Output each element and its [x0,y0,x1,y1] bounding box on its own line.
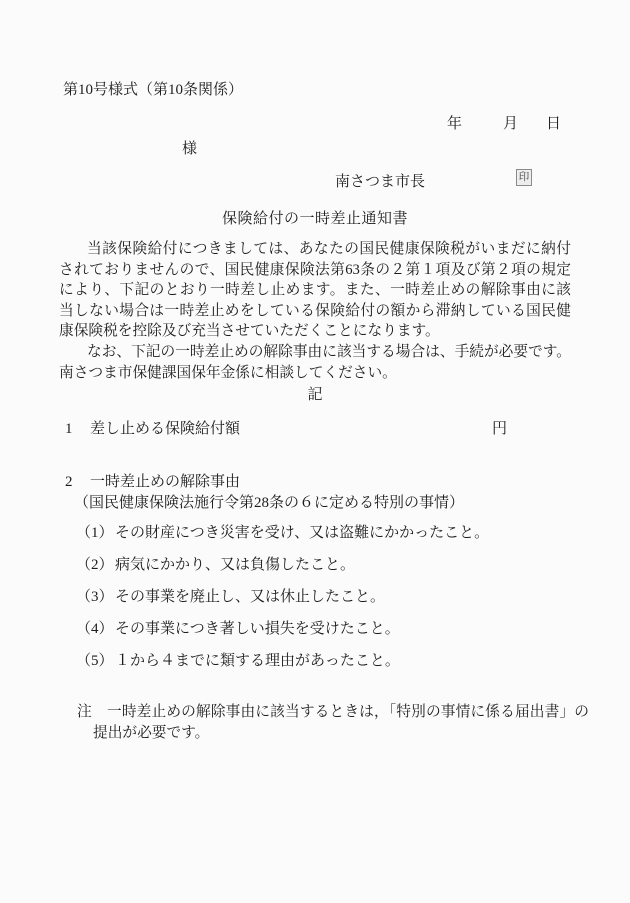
date-month-label: 月 [503,112,518,133]
item2-label: 一時差止めの解除事由 [90,472,240,492]
reason-3-text: その事業を廃止し、又は休止したこと。 [115,589,385,605]
footnote: 注一時差止めの解除事由に該当するときは，「特別の事情に係る届出書」の提出が必要で… [77,702,589,744]
sender-line: 南さつま市長 印 [335,170,531,188]
reason-item: （4）その事業につき著しい損失を受けたこと。 [76,619,576,639]
item2-sublabel: （国民健康保険法施行令第28条の６に定める特別の事情） [74,493,570,513]
reason-2-text: 病気にかかり、又は負傷したこと。 [115,557,355,573]
document-title: 保険給付の一時差止通知書 [0,207,630,228]
reason-4-text: その事業につき著しい損失を受けたこと。 [115,621,400,637]
reason-item: （5）１から４までに類する理由があったこと。 [76,651,576,671]
body-paragraph-1: 当該保険給付につきましては、あなたの国民健康保険税がいまだに納付されておりません… [59,239,571,342]
reason-2-number: （2） [76,555,115,575]
date-day-label: 日 [546,112,561,133]
item-release-reasons: 2 一時差止めの解除事由 （国民健康保険法施行令第28条の６に定める特別の事情） [65,472,570,513]
reason-1-text: その財産につき災害を受け、又は盗難にかかったこと。 [115,525,489,541]
body-text: 当該保険給付につきましては、あなたの国民健康保険税がいまだに納付されておりません… [59,239,571,383]
reason-3-number: （3） [76,587,115,607]
record-marker: 記 [0,383,630,404]
reason-item: （3）その事業を廃止し、又は休止したこと。 [76,587,576,607]
footnote-text: 一時差止めの解除事由に該当するときは，「特別の事情に係る届出書」の提出が必要です… [93,704,589,741]
item1-currency-unit: 円 [492,419,507,439]
body-paragraph-2: なお、下記の一時差止めの解除事由に該当する場合は、手続が必要です。南さつま市保健… [59,342,571,383]
date-line: 年 月 日 [0,112,630,130]
item1-number: 1 [65,419,90,439]
item1-label: 差し止める保険給付額 [90,419,240,439]
addressee-honorific: 様 [182,141,197,157]
seal-mark: 印 [516,169,532,186]
form-number: 第10号様式（第10条関係） [63,82,243,98]
reason-5-number: （5） [76,651,115,671]
item2-number: 2 [65,472,90,492]
reason-4-number: （4） [76,619,115,639]
reason-5-text: １から４までに類する理由があったこと。 [115,653,400,669]
document-page: 第10号様式（第10条関係） 年 月 日 様 南さつま市長 印 保険給付の一時差… [0,0,630,903]
reason-item: （1）その財産につき災害を受け、又は盗難にかかったこと。 [76,523,576,543]
reason-item: （2）病気にかかり、又は負傷したこと。 [76,555,576,575]
footnote-marker: 注 [77,704,92,720]
date-year-label: 年 [447,112,462,133]
reason-1-number: （1） [76,523,115,543]
sender-name: 南さつま市長 [335,170,425,191]
item2-heading: 2 一時差止めの解除事由 [65,472,570,492]
item-benefit-amount: 1 差し止める保険給付額 円 [65,419,507,439]
reason-list: （1）その財産につき災害を受け、又は盗難にかかったこと。 （2）病気にかかり、又… [76,523,576,683]
